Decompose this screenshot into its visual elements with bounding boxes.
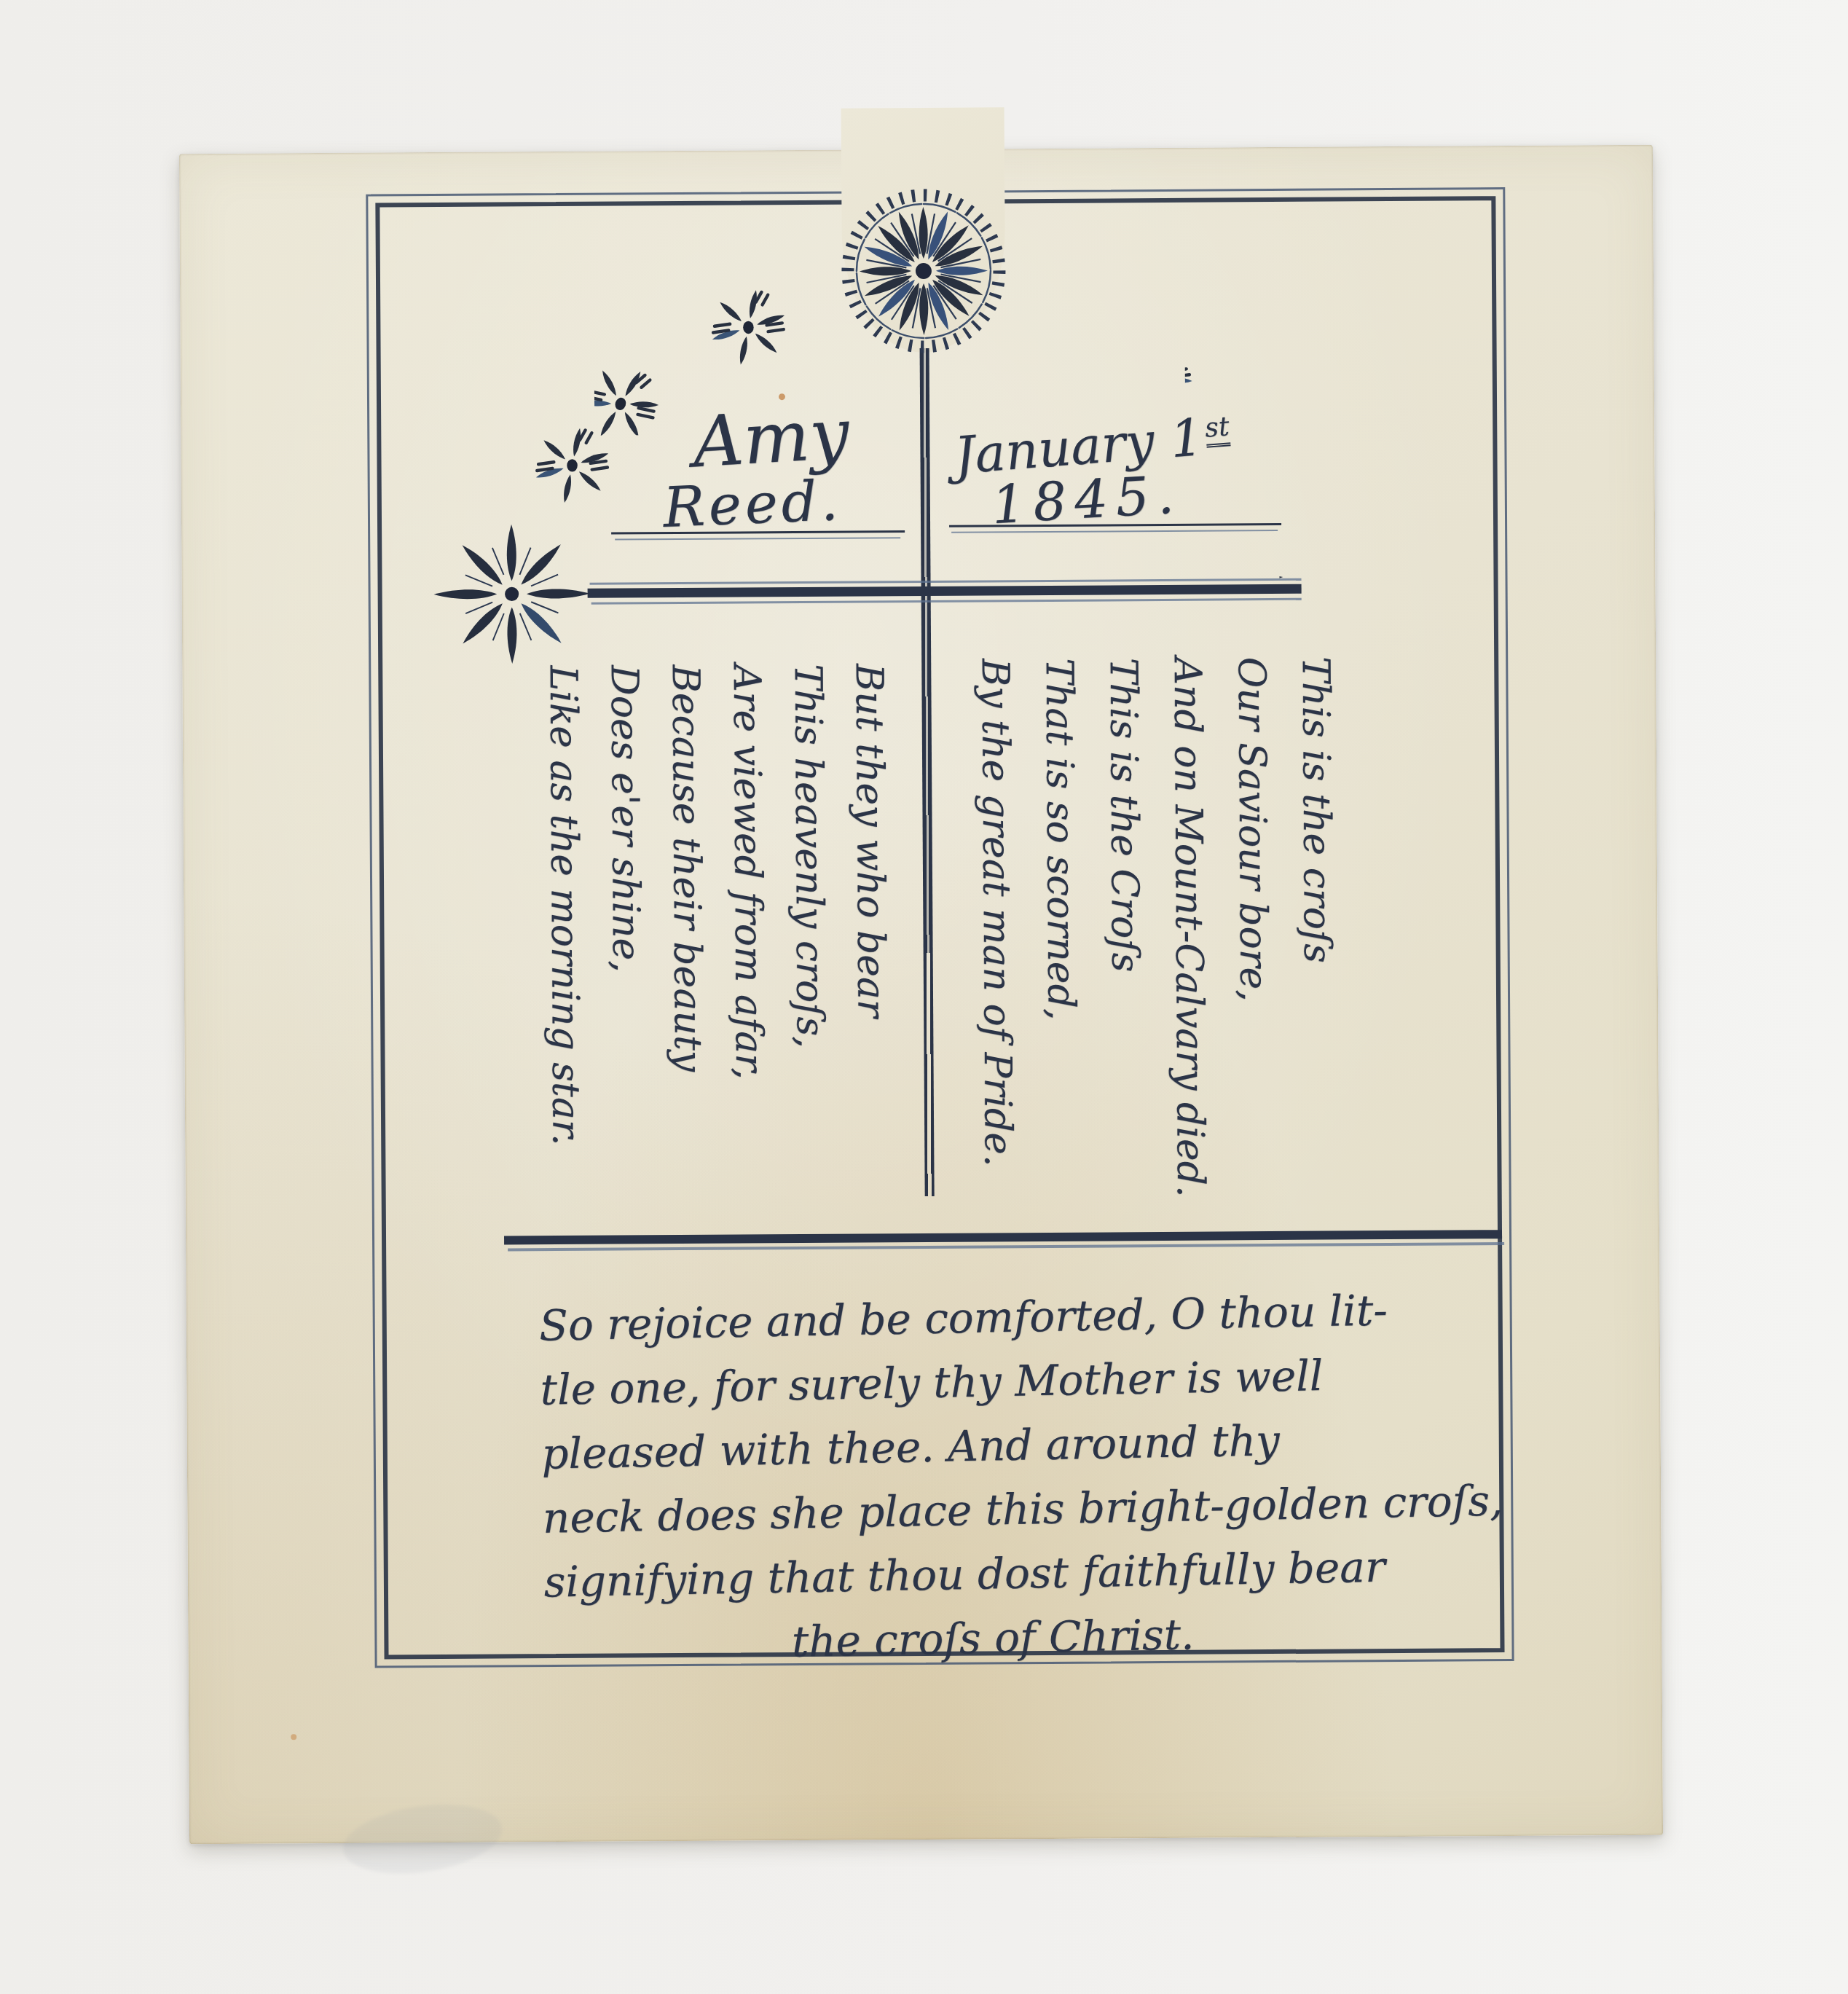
verse-line: By the great man of Pride. <box>963 659 1031 1202</box>
pencil-smudge <box>339 1795 507 1883</box>
certificate-paper: Amy Reed. January 1st 1845. This is the … <box>179 145 1663 1844</box>
verse-line: Like as the morning star. <box>532 665 597 1208</box>
verse-line: This heavenly croſs, <box>777 664 842 1206</box>
star-sprig-icon <box>528 422 616 510</box>
verse-line: Does e'er shine, <box>594 665 658 1208</box>
date-year: 1845. <box>990 463 1184 535</box>
paper-stain-speck <box>779 393 785 400</box>
rosette-medallion-icon <box>828 176 1019 366</box>
verse-line: This is the croſs <box>1283 656 1351 1200</box>
verse-line: That is so scorned, <box>1027 658 1095 1201</box>
date-ordinal: st <box>1203 410 1230 447</box>
star-sprig-icon <box>1184 325 1273 413</box>
verse-line: This is the Croſs <box>1091 658 1159 1201</box>
star-sprig-icon <box>704 283 793 372</box>
recipient-last-name: Reed. <box>662 468 843 540</box>
verse-line: Our Saviour bore, <box>1219 656 1287 1200</box>
star-sprig-icon <box>1082 281 1171 369</box>
star-sprig-icon <box>1259 406 1347 494</box>
verse-line: Are viewed from afar, <box>716 664 781 1207</box>
cross-vertical-beam-lower <box>924 953 935 1196</box>
verse-line: But they who bear <box>838 664 903 1206</box>
scan-background: Amy Reed. January 1st 1845. This is the … <box>0 0 1848 1994</box>
right-verse-block: This is the croſs Our Saviour bore, And … <box>963 656 1351 1201</box>
verse-line: Because their beauty <box>655 664 720 1207</box>
left-verse-block: But they who bear This heavenly croſs, A… <box>532 664 903 1209</box>
flower-star-icon <box>1279 496 1440 657</box>
paper-stain-speck <box>291 1734 296 1740</box>
verse-line: And on Mount-Calvary died. <box>1155 657 1223 1201</box>
flower-star-icon <box>431 514 592 675</box>
bottom-blessing-text: So rejoice and be comforted, O thou lit-… <box>538 1277 1441 1678</box>
